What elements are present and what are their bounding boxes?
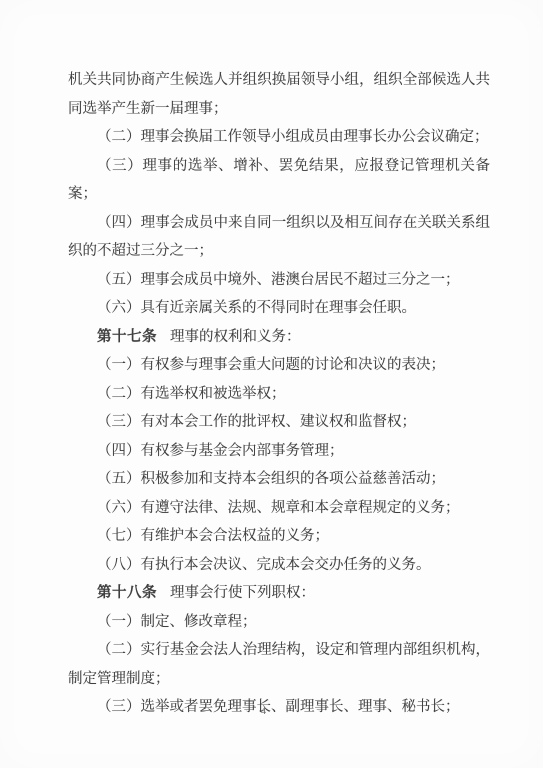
paragraph-text: （六）有遵守法律、法规、规章和本会章程规定的义务； xyxy=(97,500,460,516)
paragraph: （三）理事的选举、增补、罢免结果，应报登记管理机关备案； xyxy=(68,152,490,209)
paragraph-text: （二）有选举权和被选举权； xyxy=(97,386,286,402)
paragraph-text: 机关共同协商产生候选人并组织换届领导小组，组织全部候选人共同选举产生新一届理事； xyxy=(68,72,490,117)
document-body: 机关共同协商产生候选人并组织换届领导小组，组织全部候选人共同选举产生新一届理事；… xyxy=(68,66,490,722)
paragraph-text: 理事会行使下列职权： xyxy=(170,585,315,601)
paragraph: （二）实行基金会法人治理结构，设定和管理内部组织机构，制定管理制度； xyxy=(68,636,490,693)
article-heading: 第十七条理事的权利和义务： xyxy=(68,323,490,352)
article-term: 第十八条 xyxy=(97,585,157,601)
paragraph: （二）有选举权和被选举权； xyxy=(68,380,490,409)
paragraph: （七）有维护本会合法权益的义务； xyxy=(68,522,490,551)
paragraph: 机关共同协商产生候选人并组织换届领导小组，组织全部候选人共同选举产生新一届理事； xyxy=(68,66,490,123)
paragraph: （一）制定、修改章程； xyxy=(68,608,490,637)
paragraph: （五）积极参加和支持本会组织的各项公益慈善活动； xyxy=(68,465,490,494)
article-heading: 第十八条理事会行使下列职权： xyxy=(68,579,490,608)
paragraph: （六）有遵守法律、法规、规章和本会章程规定的义务； xyxy=(68,494,490,523)
paragraph-text: （二）理事会换届工作领导小组成员由理事长办公会议确定； xyxy=(97,129,489,145)
paragraph: （二）理事会换届工作领导小组成员由理事长办公会议确定； xyxy=(68,123,490,152)
paragraph: （四）理事会成员中来自同一组织以及相互间存在关联关系组织的不超过三分之一； xyxy=(68,209,490,266)
paragraph-text: （二）实行基金会法人治理结构，设定和管理内部组织机构，制定管理制度； xyxy=(68,642,490,687)
paragraph: （六）具有近亲属关系的不得同时在理事会任职。 xyxy=(68,294,490,323)
paragraph: （三）有对本会工作的批评权、建议权和监督权； xyxy=(68,408,490,437)
paragraph-text: （五）理事会成员中境外、港澳台居民不超过三分之一； xyxy=(97,272,460,288)
paragraph: （五）理事会成员中境外、港澳台居民不超过三分之一； xyxy=(68,266,490,295)
paragraph-text: （一）制定、修改章程； xyxy=(97,614,257,630)
paragraph-text: （六）具有近亲属关系的不得同时在理事会任职。 xyxy=(97,300,416,316)
article-term: 第十七条 xyxy=(97,329,157,345)
paragraph: （八）有执行本会决议、完成本会交办任务的义务。 xyxy=(68,551,490,580)
page-number: 4 xyxy=(0,706,527,717)
paragraph-text: 理事的权利和义务： xyxy=(170,329,301,345)
paragraph-text: （四）有权参与基金会内部事务管理； xyxy=(97,443,344,459)
scanned-document-page: 机关共同协商产生候选人并组织换届领导小组，组织全部候选人共同选举产生新一届理事；… xyxy=(0,0,543,768)
paragraph-text: （五）积极参加和支持本会组织的各项公益慈善活动； xyxy=(97,471,445,487)
paragraph: （四）有权参与基金会内部事务管理； xyxy=(68,437,490,466)
paragraph-text: （四）理事会成员中来自同一组织以及相互间存在关联关系组织的不超过三分之一； xyxy=(68,215,490,260)
paragraph-text: （一）有权参与理事会重大问题的讨论和决议的表决； xyxy=(97,357,445,373)
paragraph-text: （八）有执行本会决议、完成本会交办任务的义务。 xyxy=(97,557,431,573)
paragraph-text: （三）有对本会工作的批评权、建议权和监督权； xyxy=(97,414,416,430)
paragraph-text: （三）理事的选举、增补、罢免结果，应报登记管理机关备案； xyxy=(68,158,490,203)
paragraph-text: （七）有维护本会合法权益的义务； xyxy=(97,528,329,544)
paragraph: （一）有权参与理事会重大问题的讨论和决议的表决； xyxy=(68,351,490,380)
